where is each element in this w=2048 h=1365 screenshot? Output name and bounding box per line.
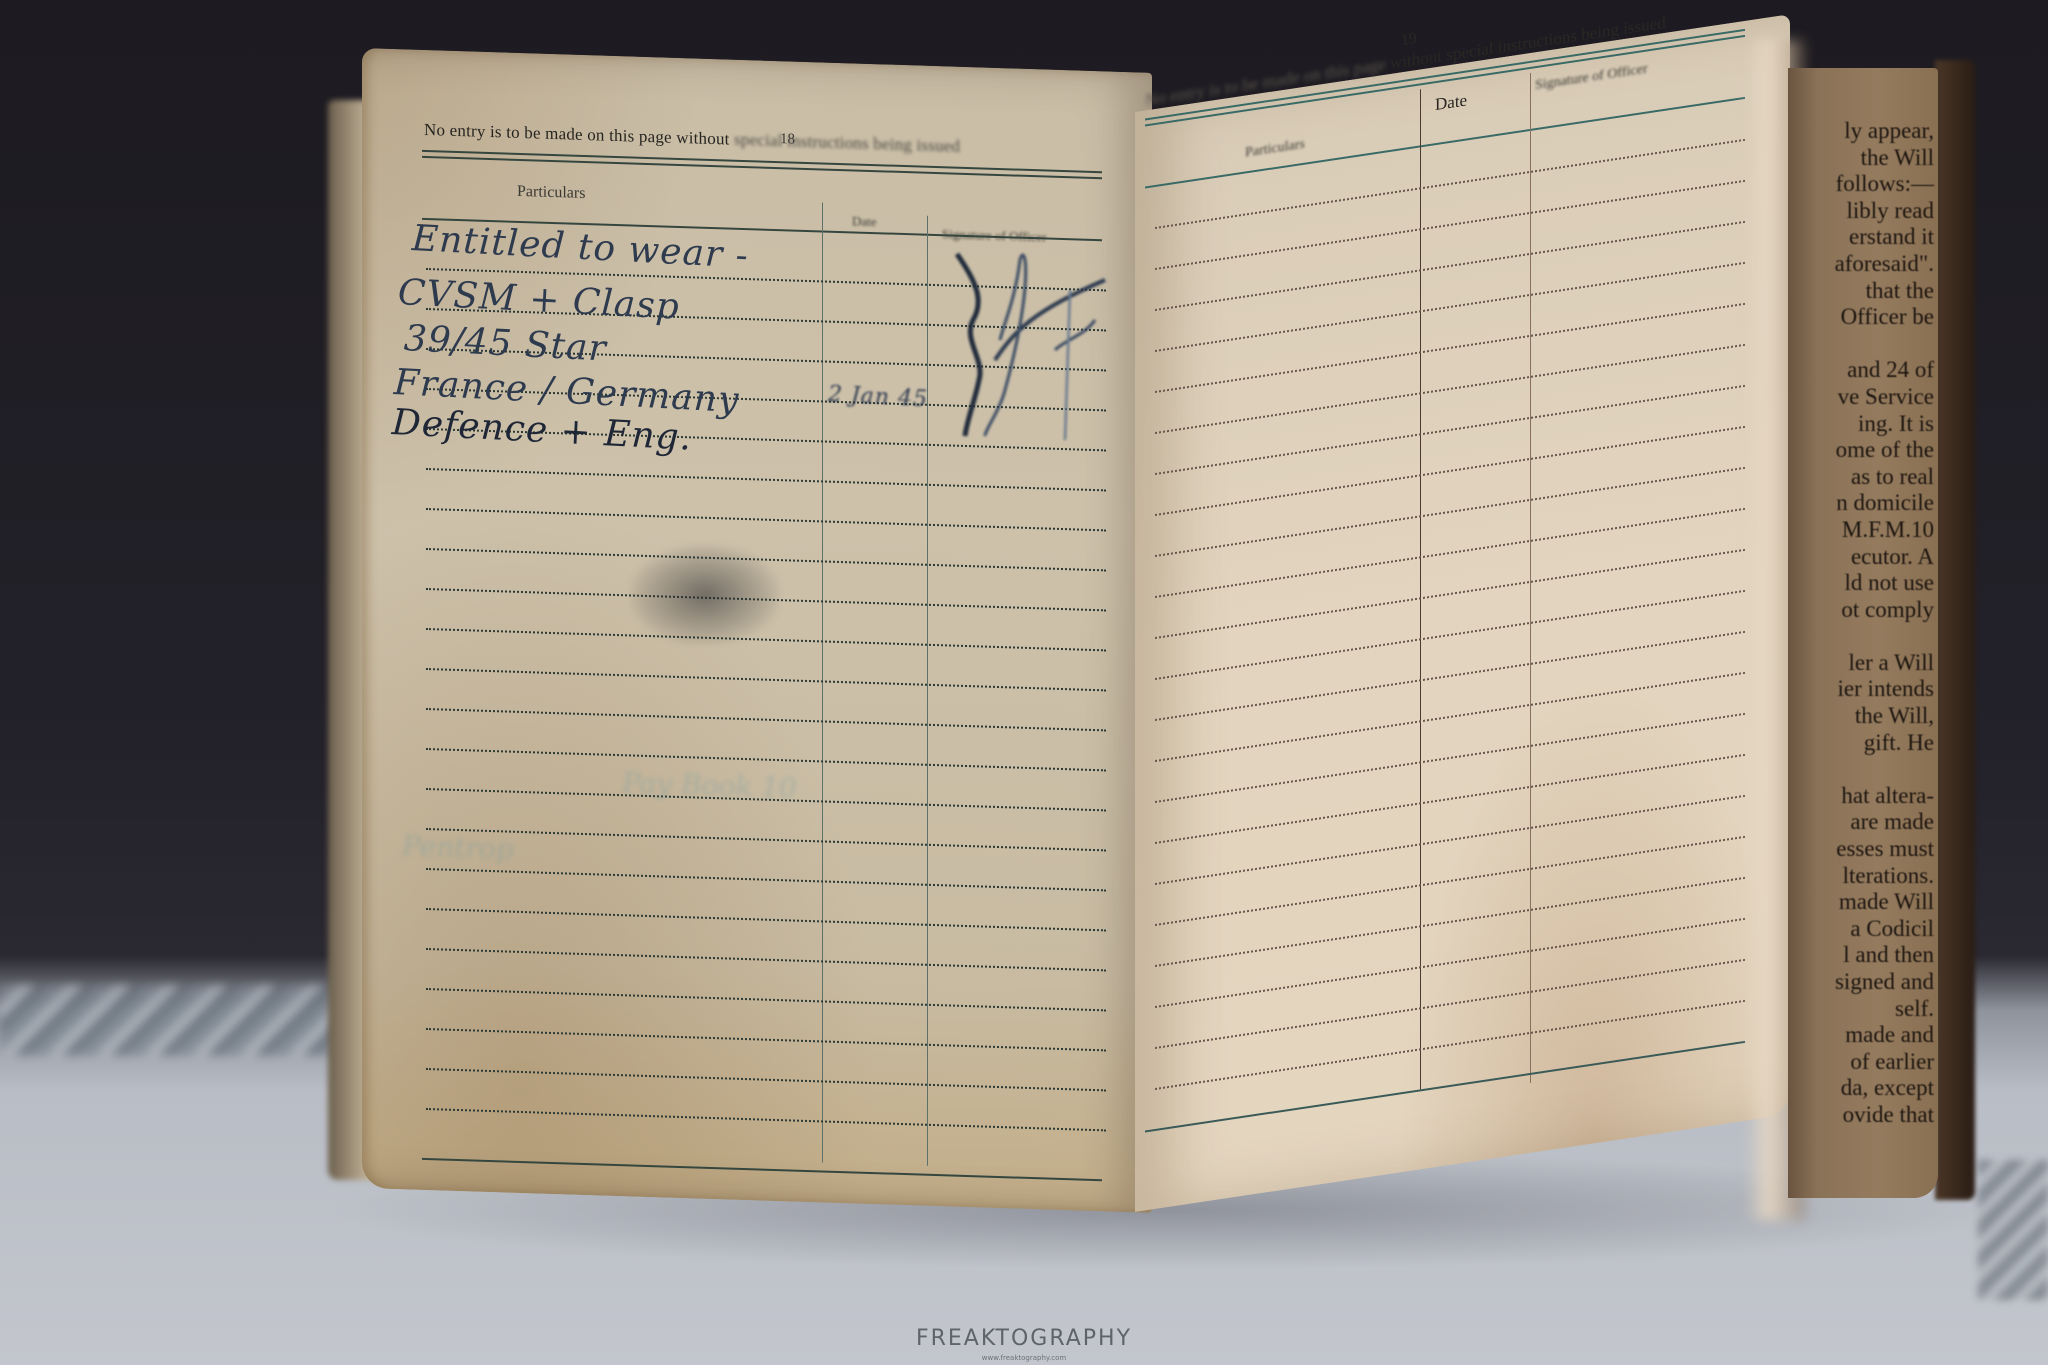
printed-text-line: esses must (1794, 836, 1934, 863)
printed-text-line: and 24 of (1794, 357, 1934, 384)
printed-text-line (1794, 756, 1934, 783)
ledger-row-line (1155, 836, 1745, 926)
ledger-row-line (1155, 139, 1745, 229)
notice-text-faded: special instructions being issued (734, 130, 960, 156)
ledger-row-line (426, 708, 1106, 731)
ledger-row-line (1155, 344, 1745, 434)
printed-text-line: ve Service (1794, 384, 1934, 411)
ledger-row-line (426, 988, 1106, 1011)
page-notice: No entry is to be made on this page with… (424, 120, 960, 157)
printed-text-line: ier intends (1794, 676, 1934, 703)
printed-text-line: M.F.M.10 (1794, 517, 1934, 544)
ledger-row-line (426, 468, 1106, 491)
printed-text-line: ing. It is (1794, 411, 1934, 438)
printed-text-line: ly appear, (1794, 118, 1934, 145)
ledger-row-line (1155, 180, 1745, 270)
ledger-row-line (426, 868, 1106, 891)
ledger-row-line (1155, 959, 1745, 1049)
ledger-row-line (1155, 303, 1745, 393)
column-header-signature: Signature of Officer (1535, 61, 1647, 94)
printed-text-line: ome of the (1794, 437, 1934, 464)
printed-text-line (1794, 623, 1934, 650)
watermark-brand: FREAKTOGRAPHY (0, 1326, 2048, 1351)
ledger-row-line (426, 1028, 1106, 1051)
column-header-date: Date (1435, 90, 1467, 115)
bleed-through-ink: Pay Book 10 (622, 766, 797, 804)
page-notice: No entry is to be made on this page with… (1145, 13, 1666, 111)
printed-text-line: the Will, (1794, 703, 1934, 730)
printed-text-line: a Codicil (1794, 916, 1934, 943)
printed-text-line: libly read (1794, 198, 1934, 225)
ledger-row-line (426, 908, 1106, 931)
handwritten-date: 2 Jan 45 (827, 382, 928, 412)
ledger-row-line (1155, 631, 1745, 721)
printed-text-line: ecutor. A (1794, 544, 1934, 571)
ledger-row-line (1155, 385, 1745, 475)
printed-text-line: Officer be (1794, 304, 1934, 331)
printed-text-column: ly appear,the Willfollows:—libly readers… (1794, 118, 1934, 1129)
column-header-date: Date (852, 213, 877, 230)
printed-text-line: made and (1794, 1022, 1934, 1049)
header-rule (422, 150, 1102, 173)
printed-text-line: follows:— (1794, 171, 1934, 198)
printed-text-line: ovide that (1794, 1102, 1934, 1129)
printed-text-line: as to real (1794, 464, 1934, 491)
column-header-particulars: Particulars (1245, 137, 1305, 162)
ledger-row-line (426, 668, 1106, 691)
printed-text-line: l and then (1794, 942, 1934, 969)
book-cover-edge (1935, 60, 1975, 1200)
column-divider (927, 216, 928, 1166)
printed-text-line: n domicile (1794, 490, 1934, 517)
ink-smudge (630, 545, 780, 645)
ledger-row-line (1155, 713, 1745, 803)
printed-text-line: aforesaid". (1794, 251, 1934, 278)
next-page-strip: ly appear,the Willfollows:—libly readers… (1788, 68, 1938, 1198)
background-cloth-left (0, 985, 360, 1055)
ledger-row-line (426, 948, 1106, 971)
printed-text-line: the Will (1794, 145, 1934, 172)
ledger-row-line (426, 748, 1106, 771)
ledger-row-line (1155, 426, 1745, 516)
ledger-row-line (1155, 590, 1745, 680)
right-page: 19 No entry is to be made on this page w… (1135, 14, 1790, 1212)
officer-signature-icon (945, 240, 1115, 440)
ledger-row-line (1155, 262, 1745, 352)
bleed-through-ink: Pentrop (402, 829, 514, 866)
column-header-particulars: Particulars (517, 183, 585, 203)
printed-text-line: hat altera- (1794, 783, 1934, 810)
ledger-row-line (1155, 221, 1745, 311)
ledger-rows (362, 48, 1152, 73)
printed-text-line: that the (1794, 278, 1934, 305)
printed-text-line (1794, 331, 1934, 358)
footer-rule (422, 1158, 1102, 1181)
ledger-row-line (1155, 549, 1745, 639)
printed-text-line: lterations. (1794, 863, 1934, 890)
printed-text-line: da, except (1794, 1075, 1934, 1102)
ledger-row-line (426, 508, 1106, 531)
footer-rule (1145, 1041, 1745, 1133)
ledger-row-line (1155, 467, 1745, 557)
ledger-row-line (1155, 754, 1745, 844)
printed-text-line: ld not use (1794, 570, 1934, 597)
column-divider (1420, 89, 1421, 1089)
watermark-url: www.freaktography.com (0, 1354, 2048, 1362)
printed-text-line: self. (1794, 996, 1934, 1023)
ledger-row-line (1155, 508, 1745, 598)
printed-text-line: made Will (1794, 889, 1934, 916)
notice-text: No entry is to be made on this page with… (424, 120, 730, 149)
printed-text-line: ot comply (1794, 597, 1934, 624)
printed-text-line: ler a Will (1794, 650, 1934, 677)
printed-text-line: signed and (1794, 969, 1934, 996)
printed-text-line: erstand it (1794, 224, 1934, 251)
printed-text-line: of earlier (1794, 1049, 1934, 1076)
page-number: 19 (1400, 30, 1418, 50)
ledger-row-line (1155, 1000, 1745, 1090)
ledger-row-line (426, 828, 1106, 851)
ledger-row-line (1155, 918, 1745, 1008)
printed-text-line: are made (1794, 809, 1934, 836)
ledger-row-line (426, 1068, 1106, 1091)
photo-scene: 18 No entry is to be made on this page w… (0, 0, 2048, 1365)
ledger-row-line (1155, 672, 1745, 762)
printed-text-line: gift. He (1794, 730, 1934, 757)
ledger-row-line (1155, 795, 1745, 885)
ledger-row-line (426, 1108, 1106, 1131)
ledger-row-line (1155, 877, 1745, 967)
column-divider (1530, 73, 1531, 1083)
